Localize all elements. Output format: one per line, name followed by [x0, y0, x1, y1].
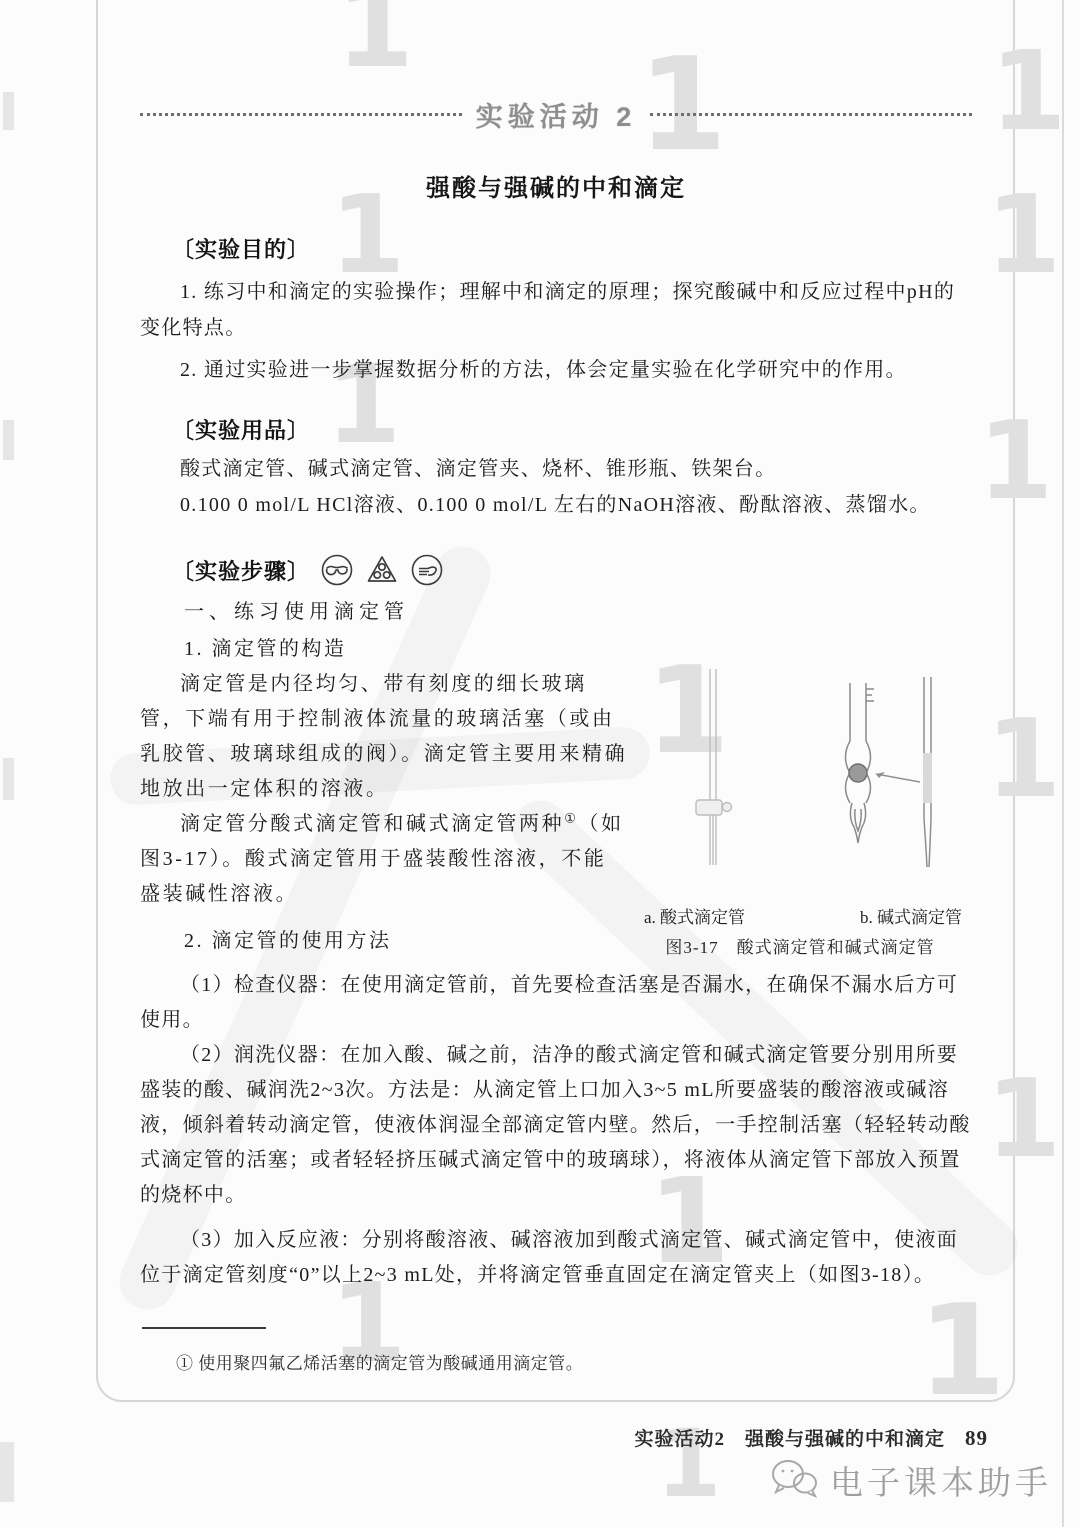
digit-watermark: 1 — [986, 1066, 1061, 1174]
burette-structure-paragraph: 滴定管是内径均匀、带有刻度的细长玻璃管，下端有用于控制液体流量的玻璃活塞（或由乳… — [140, 667, 628, 807]
method-step-1: （1）检查仪器：在使用滴定管前，首先要检查活塞是否漏水，在确保不漏水后方可使用。 — [140, 968, 972, 1038]
section-heading-purpose: 〔实验目的〕 — [172, 233, 972, 264]
caption-base-burette: b. 碱式滴定管 — [860, 903, 962, 928]
figure-subcaptions: a. 酸式滴定管 b. 碱式滴定管 — [628, 903, 972, 928]
dotted-rule-right — [650, 113, 972, 116]
activity-header: 实验活动 2 — [140, 96, 972, 132]
section-heading-steps-row: 〔实验步骤〕 — [140, 553, 972, 587]
wechat-icon — [768, 1456, 820, 1505]
dotted-rule-left — [140, 113, 462, 116]
scan-mark — [3, 758, 14, 800]
sub1-heading: 1. 滴定管的构造 — [184, 632, 972, 661]
part1-heading: 一、练习使用滴定管 — [184, 595, 972, 624]
supplies-line: 0.100 0 mol/L HCl溶液、0.100 0 mol/L 左右的NaO… — [140, 487, 972, 523]
digit-watermark: 1 — [978, 408, 1053, 516]
digit-watermark: 1 — [986, 706, 1061, 814]
burette-text-column: 滴定管是内径均匀、带有刻度的细长玻璃管，下端有用于控制液体流量的玻璃活塞（或由乳… — [140, 667, 628, 958]
activity-label: 实验活动 2 — [476, 95, 637, 134]
page-title: 强酸与强碱的中和滴定 — [140, 168, 972, 203]
page-number: 89 — [965, 1426, 988, 1451]
scan-mark — [3, 420, 14, 460]
section-heading-supplies: 〔实验用品〕 — [172, 414, 972, 445]
hazard-triangle-icon — [364, 553, 400, 587]
supplies-line: 酸式滴定管、碱式滴定管、滴定管夹、烧杯、锥形瓶、铁架台。 — [140, 451, 972, 487]
section-heading-steps: 〔实验步骤〕 — [172, 555, 310, 586]
digit-watermark: 1 — [986, 182, 1061, 290]
scan-edge-line — [1062, 0, 1064, 1527]
method-step-3: （3）加入反应液：分别将酸溶液、碱溶液加到酸式滴定管、碱式滴定管中，使液面位于滴… — [140, 1223, 972, 1293]
sub2-heading: 2. 滴定管的使用方法 — [184, 924, 628, 953]
purpose-item: 2. 通过实验进一步掌握数据分析的方法，体会定量实验在化学研究中的作用。 — [140, 352, 972, 388]
footer-section: 实验活动2 — [634, 1424, 725, 1451]
figure-caption: 图3-17 酸式滴定管和碱式滴定管 — [628, 933, 972, 958]
caption-acid-burette: a. 酸式滴定管 — [644, 903, 745, 928]
scanned-textbook-page: 1 1 1 1 1 1 1 1 1 1 1 1 1 1 实验活动 2 强酸与强碱… — [0, 0, 1080, 1527]
page-content: 实验活动 2 强酸与强碱的中和滴定 〔实验目的〕 1. 练习中和滴定的实验操作；… — [140, 96, 972, 1374]
footnote-ref: ① — [564, 810, 578, 825]
footnote-divider — [142, 1327, 266, 1329]
burette-diagram — [628, 669, 972, 901]
digit-watermark: 1 — [990, 36, 1067, 146]
hand-icon — [409, 553, 445, 587]
burette-types-paragraph: 滴定管分酸式滴定管和碱式滴定管两种①（如图3-17）。酸式滴定管用于盛装酸性溶液… — [140, 807, 628, 912]
purpose-item: 1. 练习中和滴定的实验操作；理解中和滴定的原理；探究酸碱中和反应过程中pH的变… — [140, 274, 972, 346]
scan-mark — [3, 92, 14, 130]
brand-watermark: 电子课本助手 — [768, 1456, 1052, 1505]
brand-name: 电子课本助手 — [830, 1457, 1052, 1504]
figure-3-17: a. 酸式滴定管 b. 碱式滴定管 图3-17 酸式滴定管和碱式滴定管 — [628, 667, 972, 958]
method-step-2: （2）润洗仪器：在加入酸、碱之前，洁净的酸式滴定管和碱式滴定管要分别用所要盛装的… — [140, 1038, 972, 1213]
footer-title: 强酸与强碱的中和滴定 — [745, 1424, 945, 1451]
page-footer: 实验活动2 强酸与强碱的中和滴定 89 — [634, 1424, 988, 1451]
digit-watermark: 1 — [336, 0, 414, 84]
scan-mark — [0, 1442, 14, 1502]
footnote-text: ① 使用聚四氟乙烯活塞的滴定管为酸碱通用滴定管。 — [176, 1349, 972, 1374]
goggles-icon — [319, 553, 355, 587]
text-figure-row: 滴定管是内径均匀、带有刻度的细长玻璃管，下端有用于控制液体流量的玻璃活塞（或由乳… — [140, 667, 972, 958]
